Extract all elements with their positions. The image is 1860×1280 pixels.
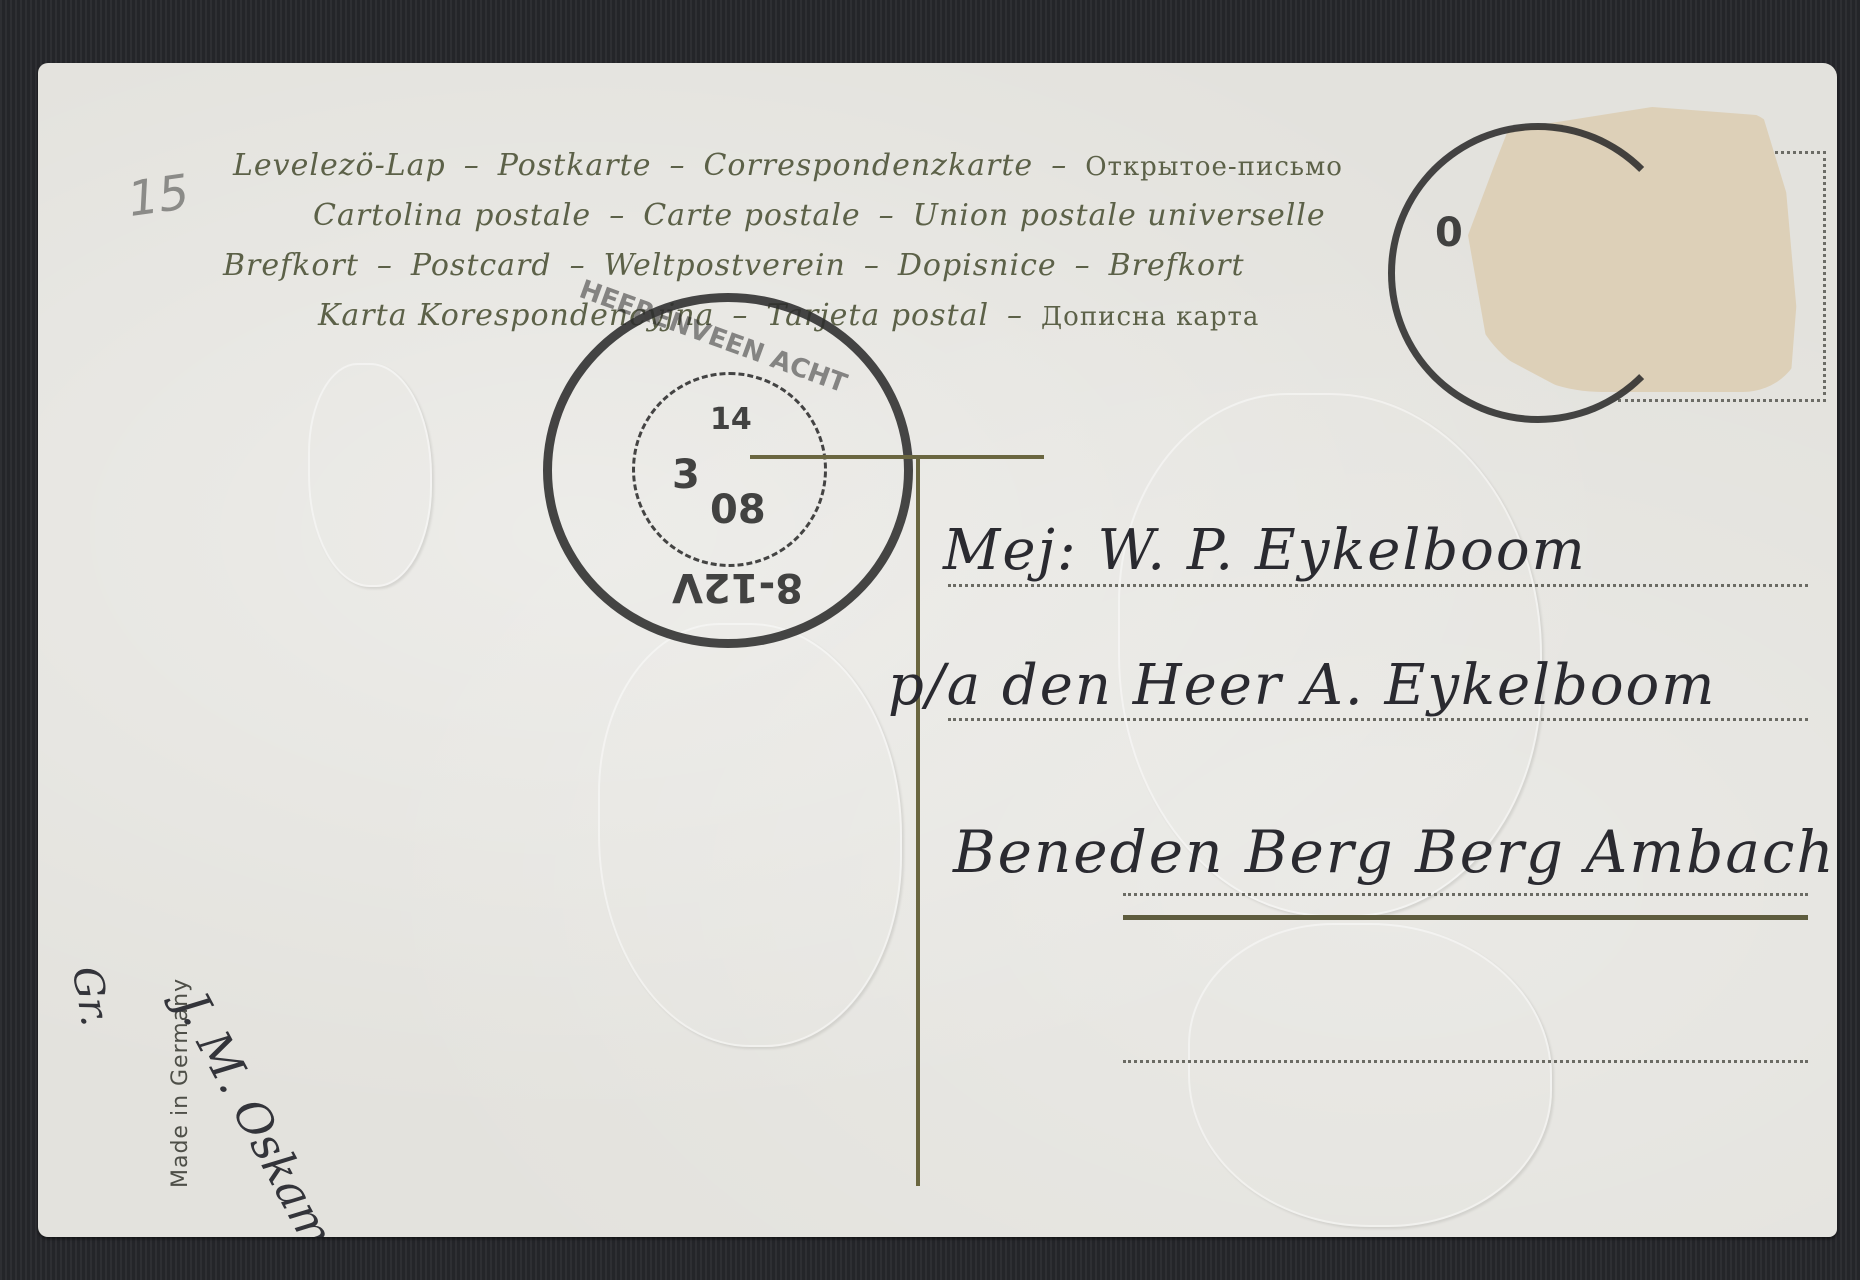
pencil-note: 15 bbox=[124, 164, 192, 228]
header-line-2: Cartolina postale–Carte postale–Union po… bbox=[313, 198, 1326, 233]
header-text: Postkarte bbox=[498, 148, 652, 183]
header-text: Дописна карта bbox=[1041, 302, 1259, 332]
postcard-back: 15 Levelezö-Lap–Postkarte–Correspondenzk… bbox=[38, 63, 1837, 1237]
separator: – bbox=[464, 148, 480, 183]
address-line-3 bbox=[1123, 893, 1808, 896]
separator: – bbox=[1075, 248, 1091, 283]
header-text: Union postale universelle bbox=[913, 198, 1326, 233]
emboss-relief bbox=[308, 363, 432, 587]
address-underline bbox=[1123, 915, 1808, 920]
separator: – bbox=[1007, 298, 1023, 333]
postmark-right: 0 bbox=[1388, 123, 1688, 423]
separator: – bbox=[669, 148, 685, 183]
separator: – bbox=[879, 198, 895, 233]
postmark-month: 3 bbox=[672, 452, 700, 498]
header-line-3: Brefkort–Postcard–Weltpostverein–Dopisni… bbox=[223, 248, 1245, 283]
separator: – bbox=[1051, 148, 1067, 183]
postmark-left: 14 3 08 8-12V HEERENVEEN ACHT bbox=[543, 293, 913, 648]
address-line-2 bbox=[948, 718, 1808, 721]
divider-vertical bbox=[916, 456, 920, 1186]
separator: – bbox=[377, 248, 393, 283]
postmark-year: 08 bbox=[710, 487, 766, 533]
header-line-1: Levelezö-Lap–Postkarte–Correspondenzkart… bbox=[233, 148, 1343, 183]
header-text: Levelezö-Lap bbox=[233, 148, 446, 183]
header-text: Brefkort bbox=[223, 248, 359, 283]
header-text: Brefkort bbox=[1109, 248, 1245, 283]
address-place: Beneden Berg Berg Ambacht bbox=[953, 818, 1837, 886]
address-line-4 bbox=[1123, 1060, 1808, 1063]
postmark-day: 14 bbox=[710, 402, 752, 437]
header-text: Carte postale bbox=[643, 198, 860, 233]
divider-horizontal bbox=[750, 455, 1044, 459]
postmark-right-text: 0 bbox=[1435, 210, 1463, 256]
handwritten-greeting: Gr. bbox=[63, 963, 119, 1029]
address-care-of: p/a den Heer A. Eykelboom bbox=[888, 653, 1716, 718]
header-text: Weltpostverein bbox=[604, 248, 846, 283]
separator: – bbox=[864, 248, 880, 283]
address-recipient: Mej: W. P. Eykelboom bbox=[943, 518, 1587, 583]
header-text: Correspondenzkarte bbox=[703, 148, 1033, 183]
address-line-1 bbox=[948, 584, 1808, 587]
header-text: Postcard bbox=[411, 248, 552, 283]
header-text: Dopisnice bbox=[898, 248, 1057, 283]
separator: – bbox=[609, 198, 625, 233]
header-text: Открытое-письмо bbox=[1085, 152, 1343, 182]
postmark-time: 8-12V bbox=[672, 564, 803, 610]
emboss-relief bbox=[1188, 923, 1552, 1227]
header-text: Cartolina postale bbox=[313, 198, 591, 233]
emboss-relief bbox=[598, 623, 902, 1047]
